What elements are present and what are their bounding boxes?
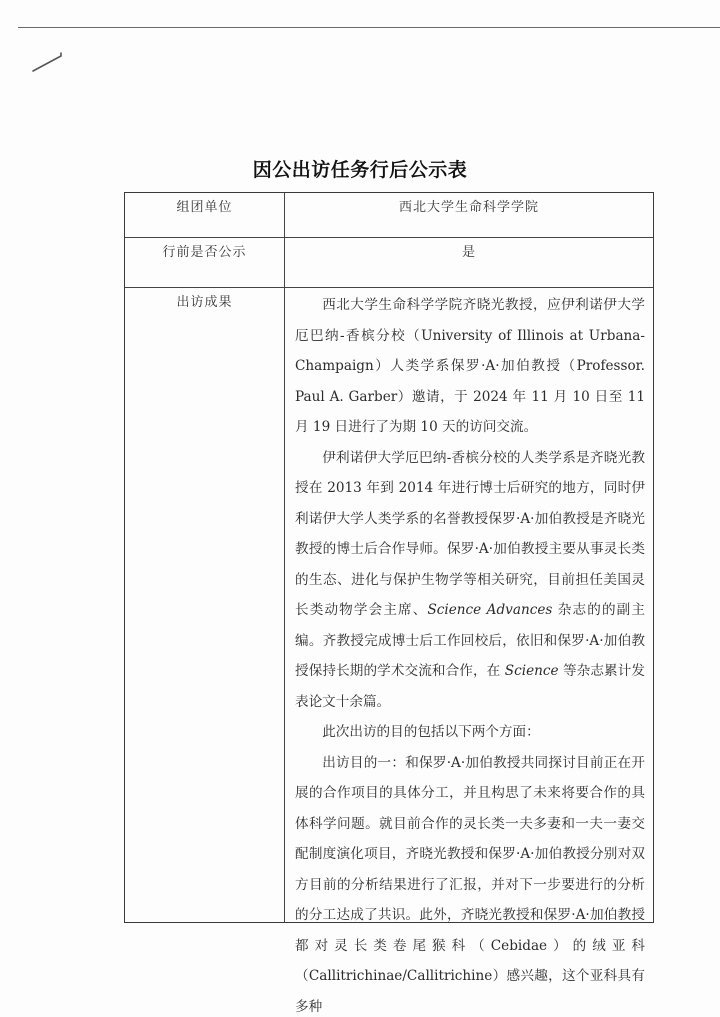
disclosure-table: 组团单位 西北大学生命科学学院 行前是否公示 是 出访成果 西北大学生命科学学院…	[124, 192, 654, 923]
journal-name: Science Advances	[427, 602, 552, 618]
table-row-visit-results: 出访成果 西北大学生命科学学院齐晓光教授，应伊利诺伊大学厄巴纳-香槟分校（Uni…	[125, 288, 653, 922]
paragraph-text: 伊利诺伊大学厄巴纳-香槟分校的人类学系是齐晓光教授在 2013 年到 2014 …	[295, 450, 645, 619]
paragraph-purpose-intro: 此次出访的目的包括以下两个方面：	[295, 717, 645, 748]
document-title: 因公出访任务行后公示表	[0, 155, 720, 182]
label-pre-trip-disclosure: 行前是否公示	[125, 238, 285, 287]
label-organizing-unit: 组团单位	[125, 193, 285, 237]
value-pre-trip-disclosure: 是	[285, 238, 653, 287]
paragraph-visit-summary: 西北大学生命科学学院齐晓光教授，应伊利诺伊大学厄巴纳-香槟分校（Universi…	[295, 290, 645, 443]
pen-check-mark-icon	[30, 50, 66, 74]
paragraph-host-background: 伊利诺伊大学厄巴纳-香槟分校的人类学系是齐晓光教授在 2013 年到 2014 …	[295, 443, 645, 718]
visit-results-body: 西北大学生命科学学院齐晓光教授，应伊利诺伊大学厄巴纳-香槟分校（Universi…	[285, 288, 653, 922]
paragraph-purpose-one: 出访目的一：和保罗·A·加伯教授共同探讨目前正在开展的合作项目的具体分工，并且构…	[295, 748, 645, 1017]
table-row-pre-trip-disclosure: 行前是否公示 是	[125, 238, 653, 288]
label-visit-results: 出访成果	[125, 288, 285, 922]
table-row-organizing-unit: 组团单位 西北大学生命科学学院	[125, 193, 653, 238]
page-top-edge-line	[18, 27, 720, 28]
journal-name: Science	[505, 663, 559, 679]
value-organizing-unit: 西北大学生命科学学院	[285, 193, 653, 237]
